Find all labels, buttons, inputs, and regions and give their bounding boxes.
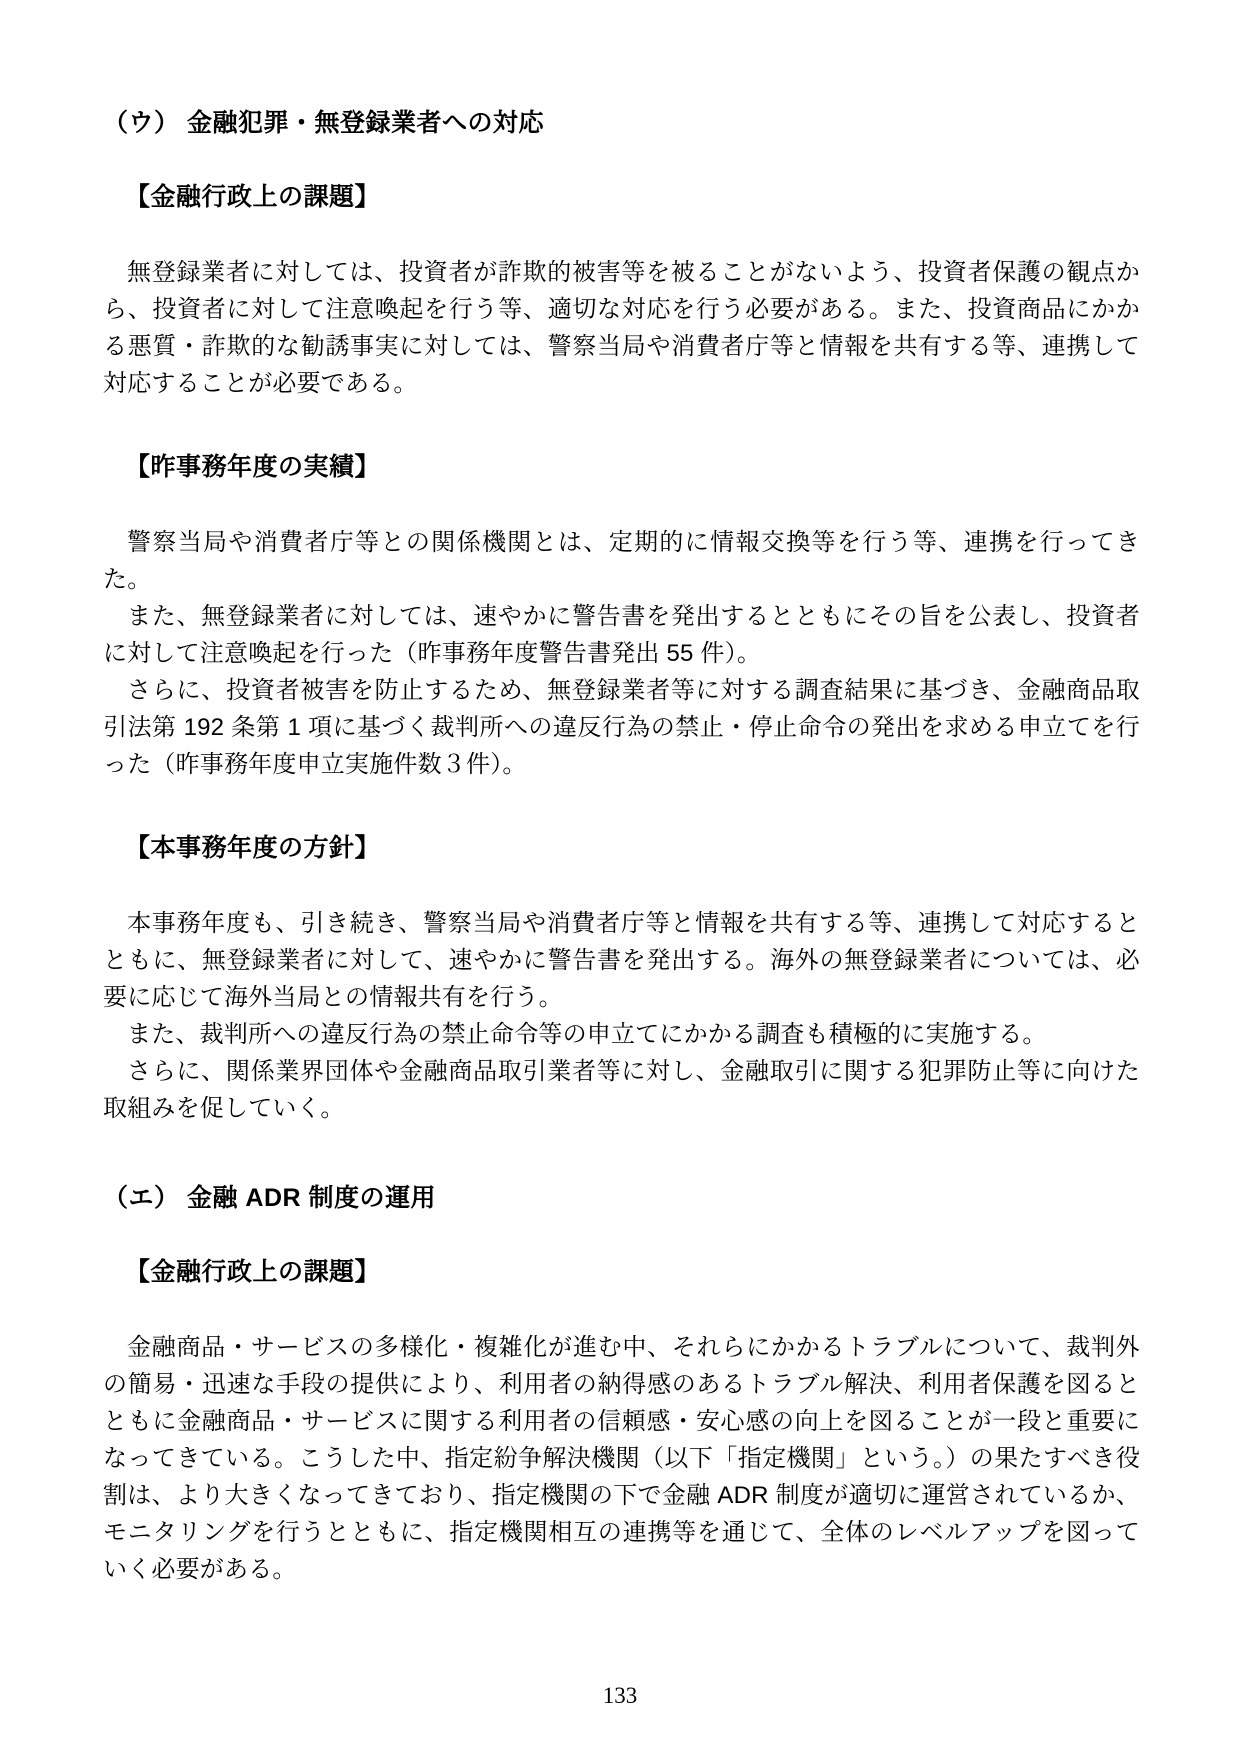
section-heading-financial-adr: （エ） 金融 ADR 制度の運用 — [103, 1181, 1140, 1215]
paragraph: 無登録業者に対しては、投資者が詐欺的被害等を被ることがないよう、投資者保護の観点… — [103, 254, 1140, 402]
paragraph: 金融商品・サービスの多様化・複雑化が進む中、それらにかかるトラブルについて、裁判… — [103, 1329, 1140, 1588]
paragraph: また、裁判所への違反行為の禁止命令等の申立てにかかる調査も積極的に実施する。 — [103, 1016, 1140, 1053]
paragraph: 警察当局や消費者庁等との関係機関とは、定期的に情報交換等を行う等、連携を行ってき… — [103, 524, 1140, 598]
paragraph: また、無登録業者に対しては、速やかに警告書を発出するとともにその旨を公表し、投資… — [103, 598, 1140, 672]
paragraph: 本事務年度も、引き続き、警察当局や消費者庁等と情報を共有する等、連携して対応する… — [103, 905, 1140, 1016]
document-page: （ウ） 金融犯罪・無登録業者への対応 【金融行政上の課題】 無登録業者に対しては… — [0, 0, 1240, 1755]
page-footer: 133 — [0, 1683, 1240, 1709]
section-heading-finance-crime: （ウ） 金融犯罪・無登録業者への対応 — [103, 106, 1140, 140]
paragraph-group-issues-1: 無登録業者に対しては、投資者が詐欺的被害等を被ることがないよう、投資者保護の観点… — [103, 254, 1140, 402]
paragraph: さらに、投資者被害を防止するため、無登録業者等に対する調査結果に基づき、金融商品… — [103, 672, 1140, 783]
paragraph-group-issues-2: 金融商品・サービスの多様化・複雑化が進む中、それらにかかるトラブルについて、裁判… — [103, 1329, 1140, 1588]
paragraph: さらに、関係業界団体や金融商品取引業者等に対し、金融取引に関する犯罪防止等に向け… — [103, 1053, 1140, 1127]
subsection-label-issues-2: 【金融行政上の課題】 — [103, 1255, 1140, 1289]
paragraph-group-this-year-policy: 本事務年度も、引き続き、警察当局や消費者庁等と情報を共有する等、連携して対応する… — [103, 905, 1140, 1127]
subsection-label-issues-1: 【金融行政上の課題】 — [103, 180, 1140, 214]
page-number: 133 — [603, 1683, 638, 1708]
subsection-label-this-year-policy: 【本事務年度の方針】 — [103, 831, 1140, 865]
paragraph-group-last-year-results: 警察当局や消費者庁等との関係機関とは、定期的に情報交換等を行う等、連携を行ってき… — [103, 524, 1140, 783]
subsection-label-last-year-results: 【昨事務年度の実績】 — [103, 450, 1140, 484]
